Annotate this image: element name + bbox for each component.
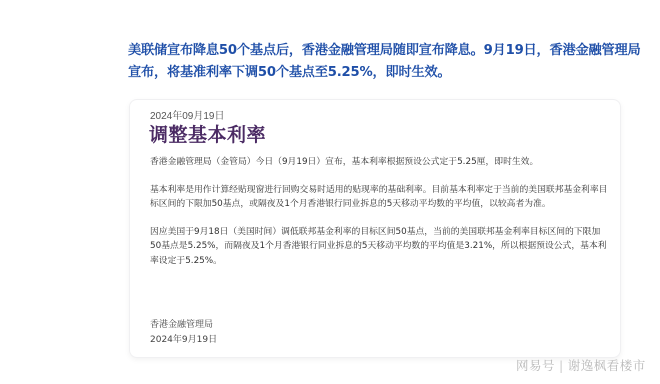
announcement-title: 调整基本利率 bbox=[149, 120, 266, 147]
announcement-body: 香港金融管理局（金管局）今日（9月19日）宣布，基本利率根据预设公式定于5.25… bbox=[150, 155, 610, 281]
watermark-platform: 网易号 bbox=[516, 358, 555, 373]
headline: 美联储宣布降息50个基点后，香港金融管理局随即宣布降息。9月19日，香港金融管理… bbox=[128, 40, 648, 84]
page: 美联储宣布降息50个基点后，香港金融管理局随即宣布降息。9月19日，香港金融管理… bbox=[0, 0, 660, 384]
announcement-card: 2024年09月19日 调整基本利率 香港金融管理局（金管局）今日（9月19日）… bbox=[129, 99, 621, 358]
watermark: 网易号|谢逸枫看楼市 bbox=[516, 356, 646, 374]
signature-date: 2024年9月19日 bbox=[150, 333, 217, 348]
headline-line-1: 美联储宣布降息50个基点后，香港金融管理局随即宣布降息。9月19日，香港金融管理… bbox=[128, 40, 648, 62]
signature-org: 香港金融管理局 bbox=[150, 318, 217, 333]
headline-line-2: 宣布，将基准利率下调50个基点至5.25%，即时生效。 bbox=[128, 62, 648, 84]
announcement-paragraph: 基本利率是用作计算经贴现窗进行回购交易时适用的贴现率的基础利率。目前基本利率定于… bbox=[150, 183, 610, 212]
watermark-separator: | bbox=[559, 358, 564, 373]
watermark-author: 谢逸枫看楼市 bbox=[568, 358, 646, 373]
announcement-paragraph: 香港金融管理局（金管局）今日（9月19日）宣布，基本利率根据预设公式定于5.25… bbox=[150, 155, 610, 170]
announcement-signature: 香港金融管理局 2024年9月19日 bbox=[150, 318, 217, 348]
announcement-paragraph: 因应美国于9月18日（美国时间）调低联邦基金利率的目标区间50基点，当前的美国联… bbox=[150, 225, 610, 269]
